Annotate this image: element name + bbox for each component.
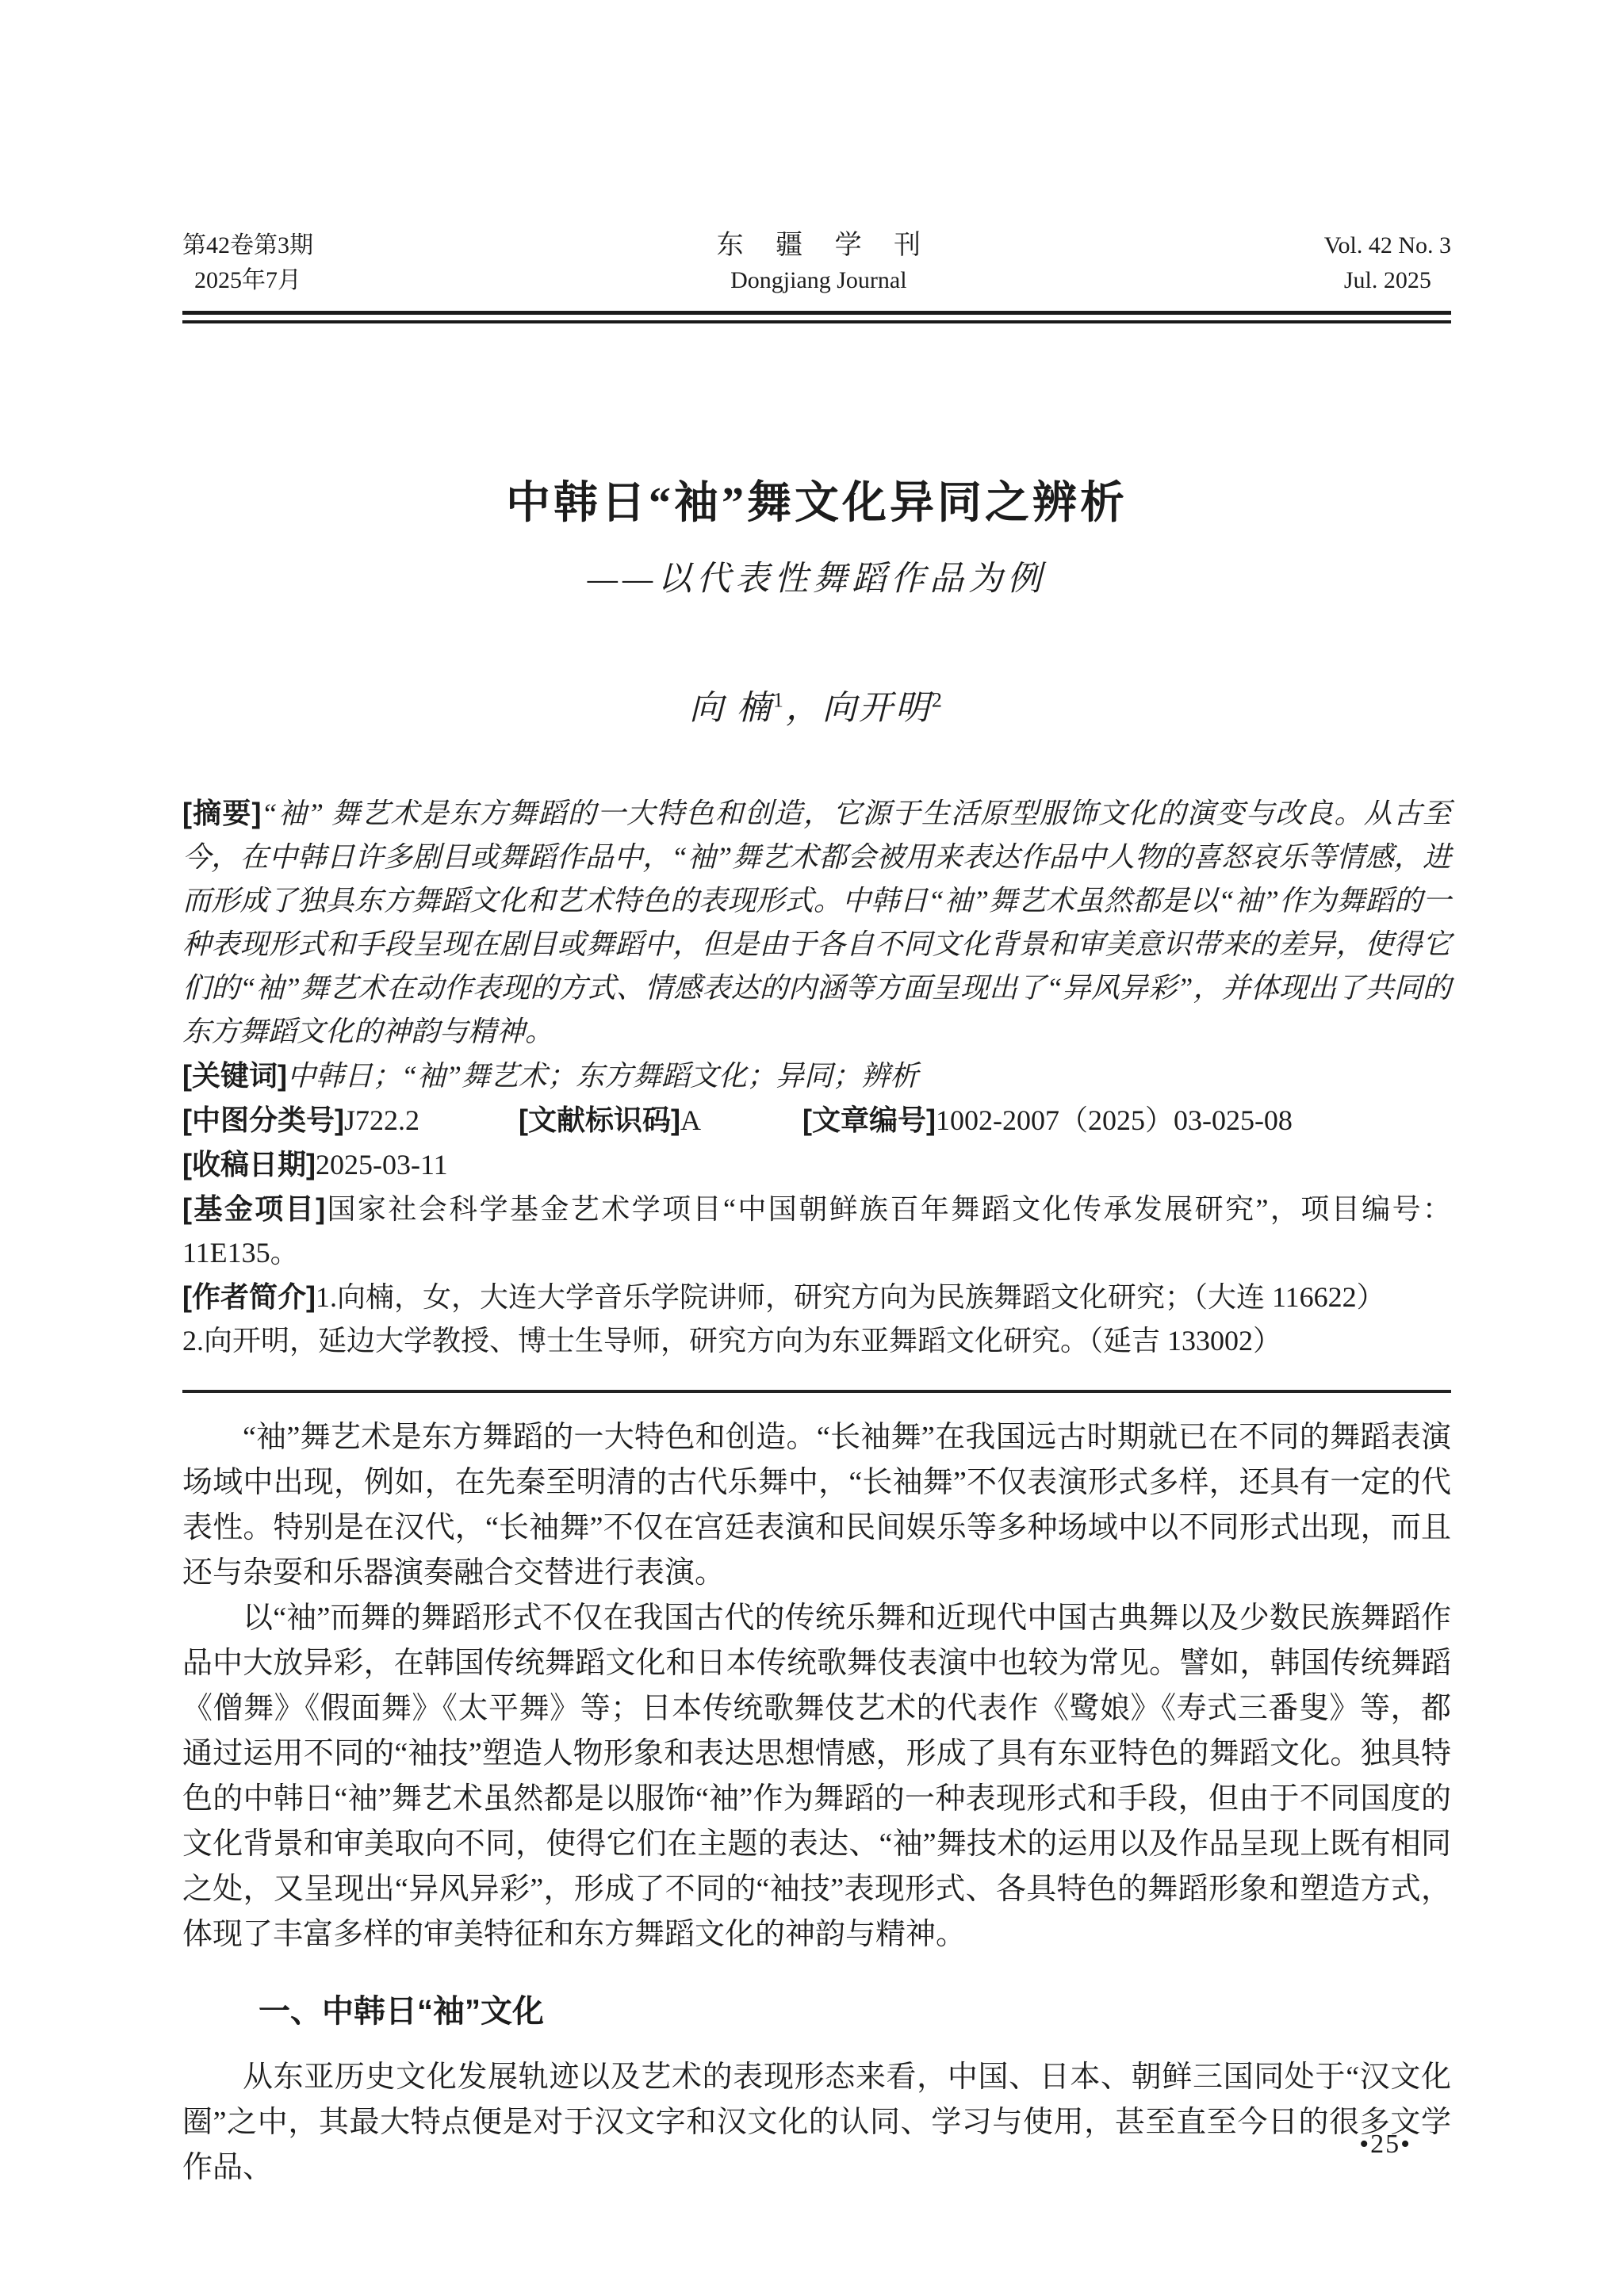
section-1-heading: 一、中韩日“袖”文化: [182, 1989, 1451, 2034]
body-divider-rule: [182, 1390, 1451, 1393]
journal-name: 东 疆 学 刊 Dongjiang Journal: [704, 228, 934, 298]
body-paragraph-3: 从东亚历史文化发展轨迹以及艺术的表现形态来看，中国、日本、朝鲜三国同处于“汉文化…: [182, 2055, 1451, 2191]
article-body: “袖”舞艺术是东方舞蹈的一大特色和创造。“长袖舞”在我国远古时期就已在不同的舞蹈…: [182, 1415, 1451, 2191]
body-paragraph-2: 以“袖”而舞的舞蹈形式不仅在我国古代的传统乐舞和近现代中国古典舞以及少数民族舞蹈…: [182, 1596, 1451, 1957]
abstract-block: [摘要]“袖” 舞艺术是东方舞蹈的一大特色和创造，它源于生活原型服饰文化的演变与…: [182, 791, 1451, 1054]
abstract-text: “袖” 舞艺术是东方舞蹈的一大特色和创造，它源于生活原型服饰文化的演变与改良。从…: [182, 798, 1451, 1047]
date-en: Jul. 2025: [1324, 263, 1451, 298]
journal-name-en: Dongjiang Journal: [704, 263, 934, 298]
front-matter: [摘要]“袖” 舞艺术是东方舞蹈的一大特色和创造，它源于生活原型服饰文化的演变与…: [182, 791, 1451, 1363]
author-line: 向 楠1，向开明2: [182, 681, 1451, 729]
funding-label: [基金项目]: [182, 1192, 325, 1225]
clc-value: J722.2: [344, 1104, 419, 1136]
author-bio-block: [作者简介]1.向楠，女，大连大学音乐学院讲师，研究方向为民族舞蹈文化研究；（大…: [182, 1275, 1451, 1363]
author-bio-line2: 2.向开明，延边大学教授、博士生导师，研究方向为东亚舞蹈文化研究。（延吉 133…: [182, 1325, 1281, 1357]
journal-header: 第42卷第3期 2025年7月 东 疆 学 刊 Dongjiang Journa…: [182, 228, 1451, 298]
abstract-label: [摘要]: [182, 797, 262, 829]
article-subtitle: ——以代表性舞蹈作品为例: [182, 552, 1451, 600]
author-2-superscript: 2: [932, 689, 944, 712]
keywords-block: [关键词]中韩日；“袖”舞艺术；东方舞蹈文化；异同；辨析: [182, 1054, 1451, 1098]
header-issue-info: 第42卷第3期 2025年7月: [182, 228, 313, 298]
author-1-name: 向 楠: [689, 690, 773, 727]
author-bio-label: [作者简介]: [182, 1280, 316, 1313]
journal-name-cn: 东 疆 学 刊: [704, 228, 934, 263]
funding-text: 国家社会科学基金艺术学项目“中国朝鲜族百年舞蹈文化传承发展研究”，项目编号：11…: [182, 1193, 1451, 1269]
article-title: 中韩日“袖”舞文化异同之辨析: [182, 468, 1451, 531]
doc-code-value: A: [680, 1104, 701, 1136]
doc-code-label: [文献标识码]: [519, 1104, 680, 1136]
article-id-label: [文章编号]: [802, 1104, 936, 1136]
article-id-pair: [文章编号]1002-2007（2025）03-025-08: [802, 1098, 1293, 1142]
keywords-label: [关键词]: [182, 1059, 287, 1092]
received-date-label: [收稿日期]: [182, 1148, 316, 1181]
author-separator: ，: [786, 690, 822, 727]
article-id-value: 1002-2007（2025）03-025-08: [936, 1104, 1293, 1136]
received-date-block: [收稿日期]2025-03-11: [182, 1142, 1451, 1187]
body-paragraph-1: “袖”舞艺术是东方舞蹈的一大特色和创造。“长袖舞”在我国远古时期就已在不同的舞蹈…: [182, 1415, 1451, 1596]
classification-row: [中图分类号]J722.2 [文献标识码]A [文章编号]1002-2007（2…: [182, 1098, 1451, 1142]
page-number: •25•: [1359, 2130, 1411, 2160]
received-date-value: 2025-03-11: [316, 1149, 448, 1181]
funding-block: [基金项目]国家社会科学基金艺术学项目“中国朝鲜族百年舞蹈文化传承发展研究”，项…: [182, 1187, 1451, 1275]
clc-label: [中图分类号]: [182, 1104, 344, 1136]
author-2-name: 向开明: [822, 690, 932, 727]
author-1-superscript: 1: [773, 689, 786, 712]
doc-code-pair: [文献标识码]A: [519, 1098, 701, 1142]
volume-issue-en: Vol. 42 No. 3: [1324, 228, 1451, 263]
date-cn: 2025年7月: [182, 263, 313, 298]
volume-issue-cn: 第42卷第3期: [182, 228, 313, 263]
header-issue-info-en: Vol. 42 No. 3 Jul. 2025: [1324, 228, 1451, 298]
keywords-text: 中韩日；“袖”舞艺术；东方舞蹈文化；异同；辨析: [287, 1060, 918, 1092]
author-bio-line1: 1.向楠，女，大连大学音乐学院讲师，研究方向为民族舞蹈文化研究；（大连 1166…: [316, 1281, 1385, 1313]
journal-page: 第42卷第3期 2025年7月 东 疆 学 刊 Dongjiang Journa…: [0, 0, 1624, 2296]
header-rule: [182, 311, 1451, 323]
clc-pair: [中图分类号]J722.2: [182, 1098, 419, 1142]
